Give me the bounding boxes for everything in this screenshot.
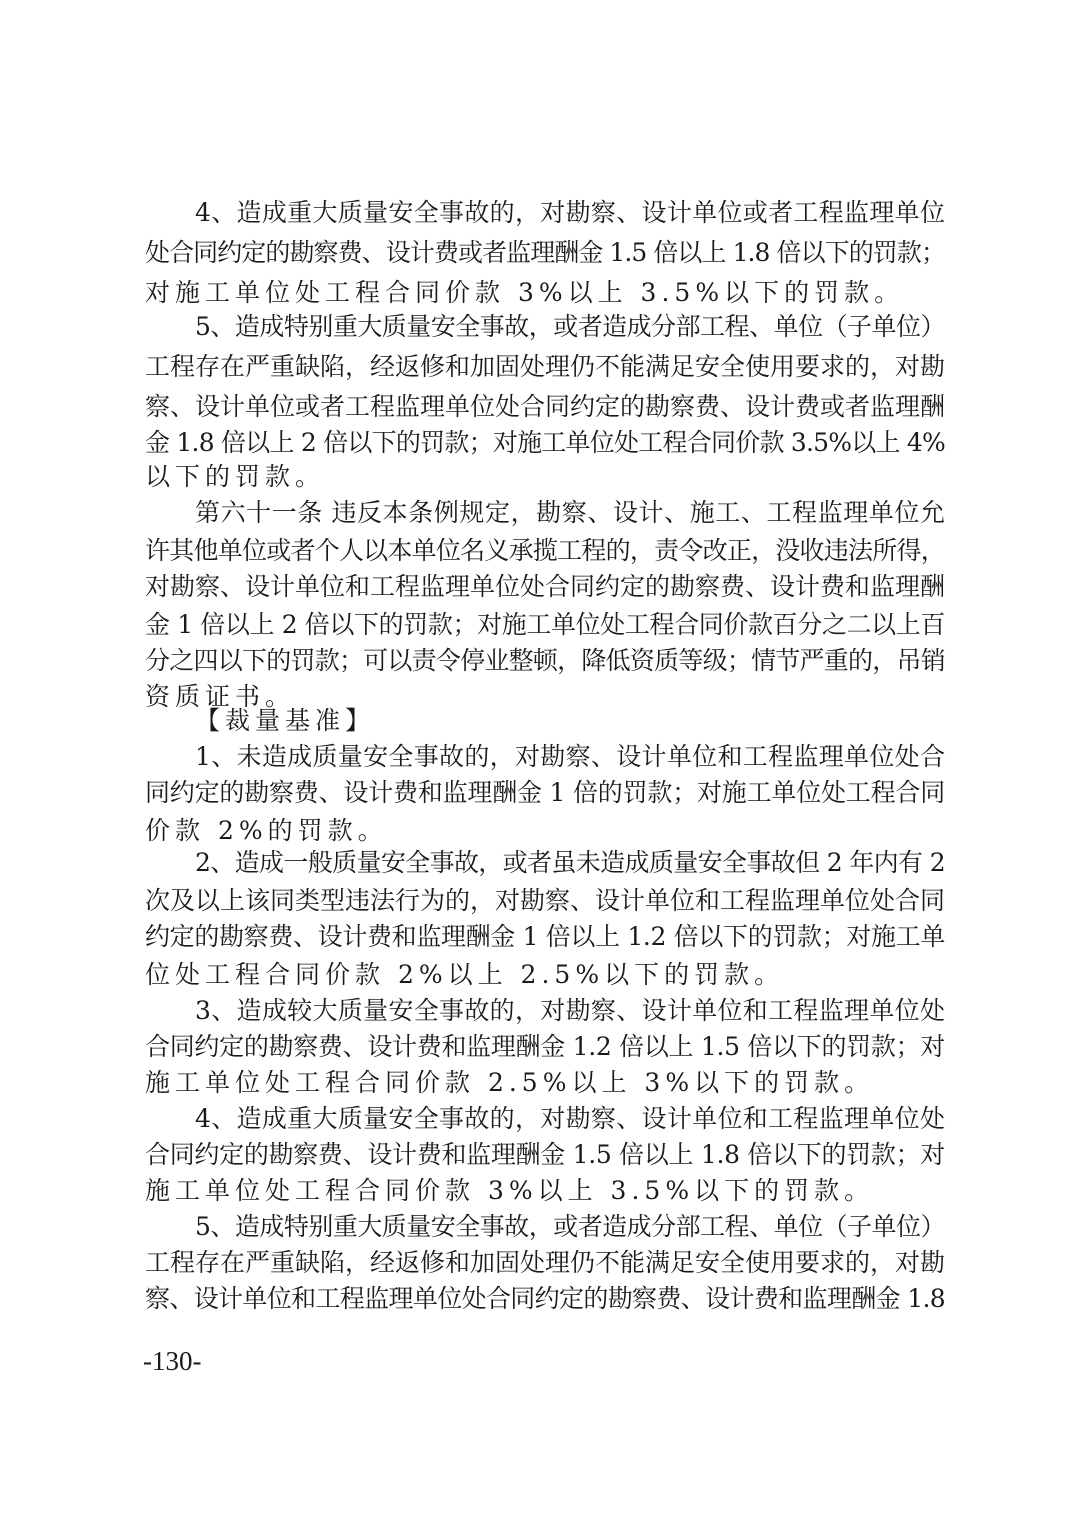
text-line: 察、设计单位或者工程监理单位处合同约定的勘察费、设计费或者监理酬	[145, 390, 945, 424]
text-line: 合同约定的勘察费、设计费和监理酬金 1.2 倍以上 1.5 倍以下的罚款；对	[145, 1030, 945, 1064]
page-number: -130-	[143, 1344, 201, 1378]
text-line: 工程存在严重缺陷，经返修和加固处理仍不能满足安全使用要求的，对勘	[145, 1246, 945, 1280]
text-line: 施工单位处工程合同价款 3%以上 3.5%以下的罚款。	[145, 1174, 945, 1208]
text-line: 对勘察、设计单位和工程监理单位处合同约定的勘察费、设计费和监理酬	[145, 570, 945, 604]
text-line: 察、设计单位和工程监理单位处合同约定的勘察费、设计费和监理酬金 1.8	[145, 1282, 945, 1316]
text-line: 位处工程合同价款 2%以上 2.5%以下的罚款。	[145, 958, 945, 992]
text-line: 1、未造成质量安全事故的，对勘察、设计单位和工程监理单位处合	[195, 740, 945, 774]
document-page: 4、造成重大质量安全事故的，对勘察、设计单位或者工程监理单位处合同约定的勘察费、…	[0, 0, 1075, 1520]
text-line: 第六十一条 违反本条例规定，勘察、设计、施工、工程监理单位允	[195, 496, 945, 530]
text-line: 同约定的勘察费、设计费和监理酬金 1 倍的罚款；对施工单位处工程合同	[145, 776, 945, 810]
text-line: 价款 2%的罚款。	[145, 814, 945, 848]
text-line: 2、造成一般质量安全事故，或者虽未造成质量安全事故但 2 年内有 2	[195, 846, 945, 880]
text-line: 对施工单位处工程合同价款 3%以上 3.5%以下的罚款。	[145, 276, 945, 310]
text-line: 以下的罚款。	[145, 460, 945, 494]
text-line: 4、造成重大质量安全事故的，对勘察、设计单位或者工程监理单位	[195, 196, 945, 230]
text-line: 次及以上该同类型违法行为的，对勘察、设计单位和工程监理单位处合同	[145, 884, 945, 918]
text-line: 分之四以下的罚款；可以责令停业整顿，降低资质等级；情节严重的，吊销	[145, 644, 945, 678]
text-line: 3、造成较大质量安全事故的，对勘察、设计单位和工程监理单位处	[195, 994, 945, 1028]
text-line: 施工单位处工程合同价款 2.5%以上 3%以下的罚款。	[145, 1066, 945, 1100]
text-line: 工程存在严重缺陷，经返修和加固处理仍不能满足安全使用要求的，对勘	[145, 350, 945, 384]
text-line: 合同约定的勘察费、设计费和监理酬金 1.5 倍以上 1.8 倍以下的罚款；对	[145, 1138, 945, 1172]
text-line: 许其他单位或者个人以本单位名义承揽工程的，责令改正，没收违法所得，	[145, 534, 945, 568]
text-line: 约定的勘察费、设计费和监理酬金 1 倍以上 1.2 倍以下的罚款；对施工单	[145, 920, 945, 954]
text-line: 4、造成重大质量安全事故的，对勘察、设计单位和工程监理单位处	[195, 1102, 945, 1136]
text-line: 5、造成特别重大质量安全事故，或者造成分部工程、单位（子单位）	[195, 310, 945, 344]
text-line: 金 1 倍以上 2 倍以下的罚款；对施工单位处工程合同价款百分之二以上百	[145, 608, 945, 642]
text-line: 【裁量基准】	[195, 704, 945, 738]
text-line: 金 1.8 倍以上 2 倍以下的罚款；对施工单位处工程合同价款 3.5%以上 4…	[145, 426, 945, 460]
text-line: 5、造成特别重大质量安全事故，或者造成分部工程、单位（子单位）	[195, 1210, 945, 1244]
text-line: 处合同约定的勘察费、设计费或者监理酬金 1.5 倍以上 1.8 倍以下的罚款；	[145, 236, 945, 270]
